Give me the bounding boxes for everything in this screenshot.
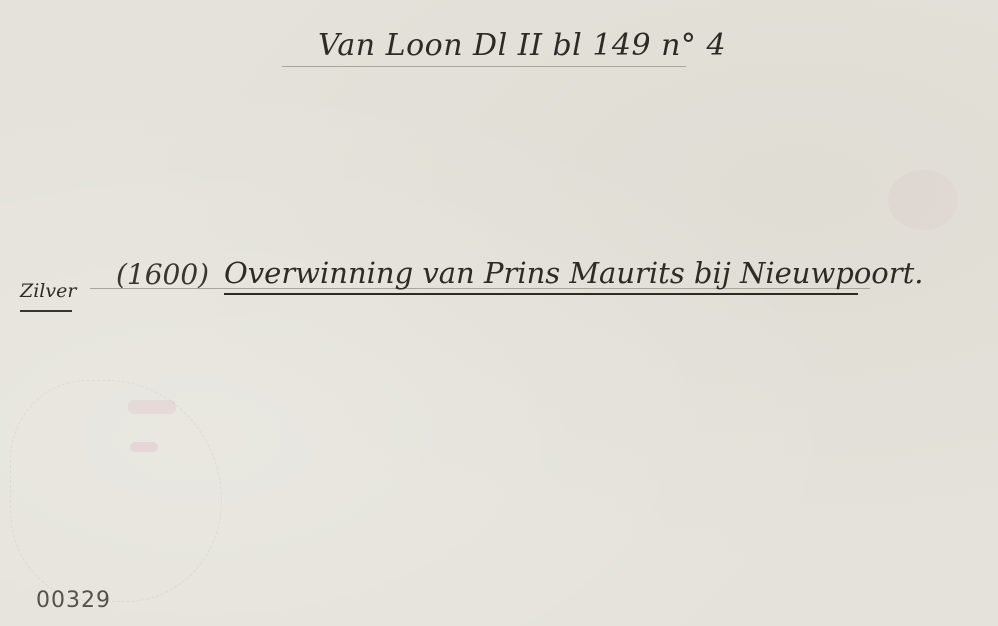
material-category: Zilver xyxy=(20,280,76,302)
pink-stain xyxy=(888,170,958,230)
header-ruled-line xyxy=(282,66,686,67)
index-card: Van Loon Dl II bl 149 n° 4 Zilver (1600)… xyxy=(0,0,998,626)
pink-stain xyxy=(128,400,176,414)
pink-stain xyxy=(130,442,158,452)
inventory-number: 00329 xyxy=(36,588,111,613)
year: (1600) xyxy=(116,258,209,291)
medal-title: Overwinning van Prins Maurits bij Nieuwp… xyxy=(224,256,924,290)
faint-stamp-impression xyxy=(10,380,222,602)
title-underline xyxy=(224,293,858,295)
category-underline xyxy=(20,310,72,312)
catalogue-reference: Van Loon Dl II bl 149 n° 4 xyxy=(318,28,726,63)
